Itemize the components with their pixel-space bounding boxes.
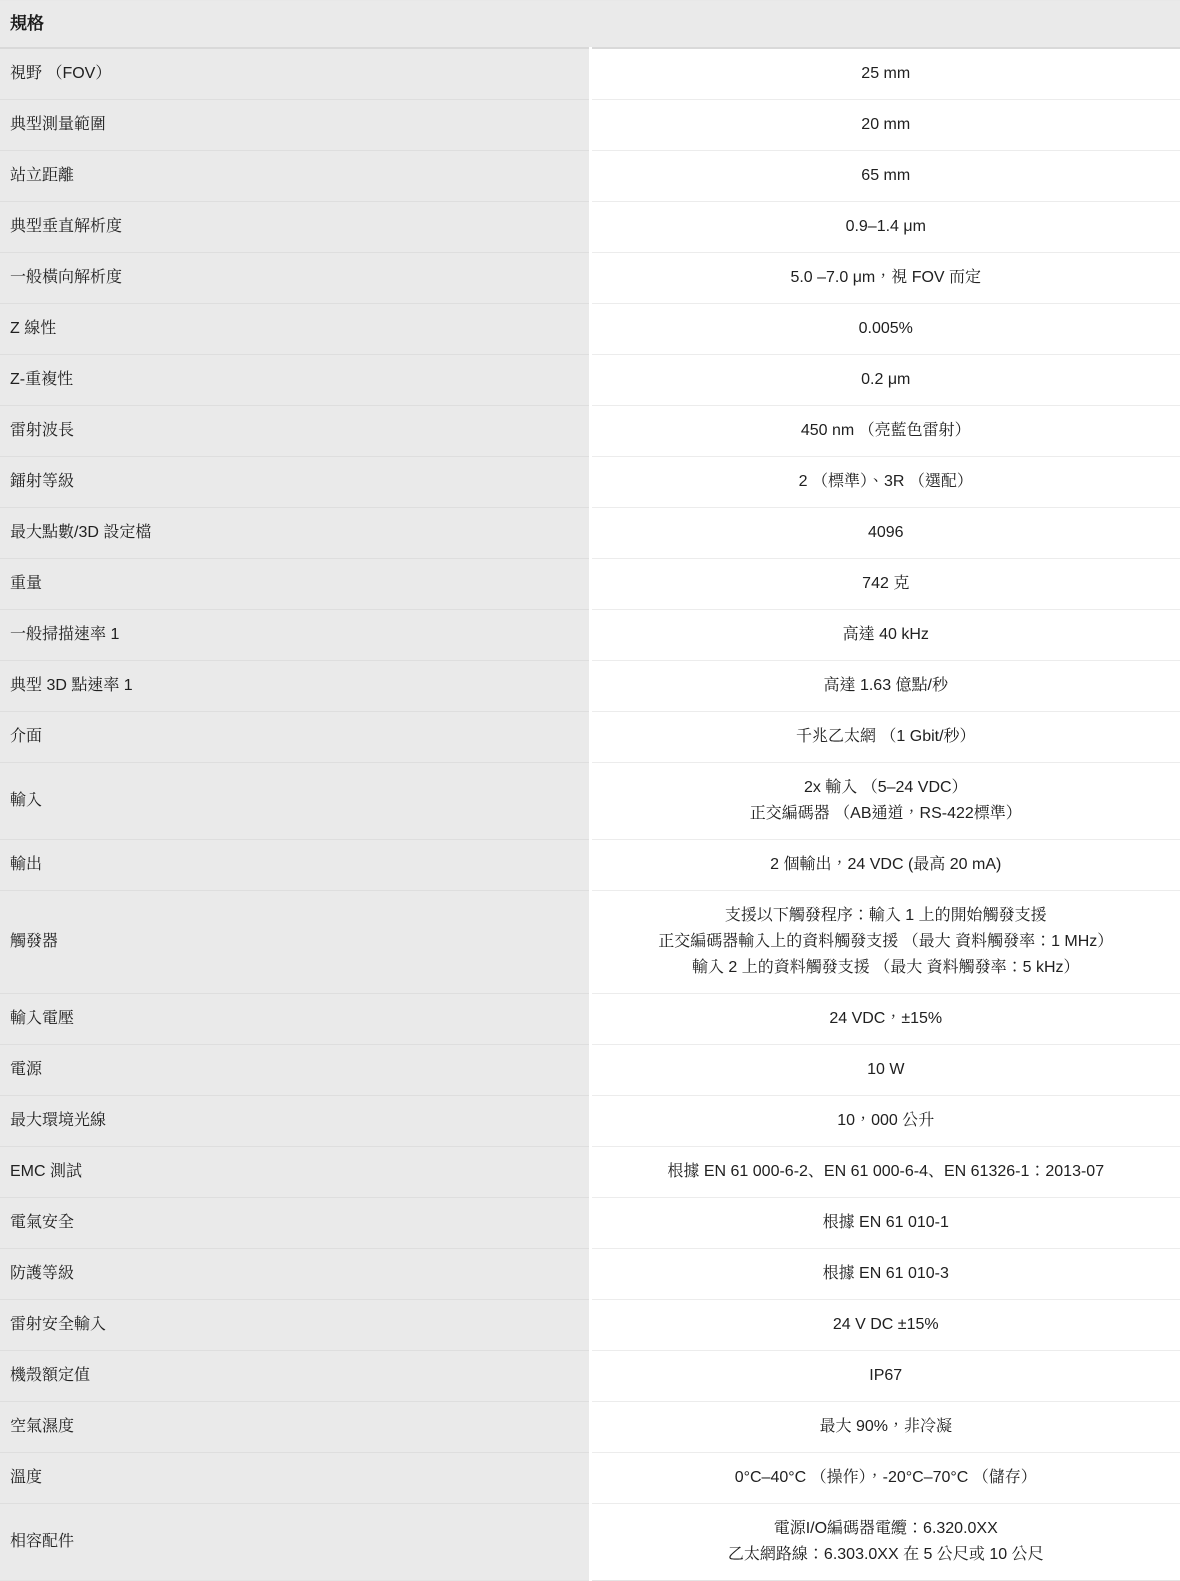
- spec-label: 一般橫向解析度: [0, 253, 590, 304]
- spec-value: 2x 輸入 （5–24 VDC） 正交編碼器 （AB通道，RS-422標準）: [590, 763, 1180, 840]
- table-row: 防護等級根據 EN 61 010-3: [0, 1249, 1180, 1300]
- spec-value: 支援以下觸發程序：輸入 1 上的開始觸發支援 正交編碼器輸入上的資料觸發支援 （…: [590, 891, 1180, 994]
- spec-value: 24 V DC ±15%: [590, 1300, 1180, 1351]
- spec-value: 25 mm: [590, 48, 1180, 100]
- table-row: 雷射安全輸入24 V DC ±15%: [0, 1300, 1180, 1351]
- spec-label: 輸入電壓: [0, 994, 590, 1045]
- spec-value: 高達 1.63 億點/秒: [590, 661, 1180, 712]
- table-row: 典型測量範圍20 mm: [0, 100, 1180, 151]
- spec-label: 典型 3D 點速率 1: [0, 661, 590, 712]
- table-row: EMC 測試根據 EN 61 000-6-2、EN 61 000-6-4、EN …: [0, 1147, 1180, 1198]
- spec-value: 千兆乙太網 （1 Gbit/秒）: [590, 712, 1180, 763]
- spec-value: 20 mm: [590, 100, 1180, 151]
- spec-page: 規格 視野 （FOV）25 mm 典型測量範圍20 mm 站立距離65 mm 典…: [0, 0, 1180, 1581]
- spec-label: 典型測量範圍: [0, 100, 590, 151]
- table-row: 一般掃描速率 1高達 40 kHz: [0, 610, 1180, 661]
- spec-label: 最大點數/3D 設定檔: [0, 508, 590, 559]
- spec-label: 鐳射等級: [0, 457, 590, 508]
- table-row: 雷射波長450 nm （亮藍色雷射）: [0, 406, 1180, 457]
- spec-value: 450 nm （亮藍色雷射）: [590, 406, 1180, 457]
- spec-value: 24 VDC，±15%: [590, 994, 1180, 1045]
- table-row: 視野 （FOV）25 mm: [0, 48, 1180, 100]
- spec-value: 2 個輸出，24 VDC (最高 20 mA): [590, 840, 1180, 891]
- spec-label: 最大環境光線: [0, 1096, 590, 1147]
- spec-label: 機殼額定值: [0, 1351, 590, 1402]
- spec-label: 防護等級: [0, 1249, 590, 1300]
- table-row: Z 線性0.005%: [0, 304, 1180, 355]
- spec-label: 輸入: [0, 763, 590, 840]
- spec-label: 站立距離: [0, 151, 590, 202]
- spec-value: 0.005%: [590, 304, 1180, 355]
- table-row: 電源10 W: [0, 1045, 1180, 1096]
- spec-label: 電氣安全: [0, 1198, 590, 1249]
- spec-label: 電源: [0, 1045, 590, 1096]
- table-row: 空氣濕度最大 90%，非冷凝: [0, 1402, 1180, 1453]
- spec-value: 電源I/O編碼器電纜：6.320.0XX 乙太網路線：6.303.0XX 在 5…: [590, 1504, 1180, 1581]
- table-row: 相容配件電源I/O編碼器電纜：6.320.0XX 乙太網路線：6.303.0XX…: [0, 1504, 1180, 1581]
- table-header-row: 規格: [0, 1, 1180, 49]
- spec-label: 溫度: [0, 1453, 590, 1504]
- spec-label: Z 線性: [0, 304, 590, 355]
- spec-value: 10，000 公升: [590, 1096, 1180, 1147]
- spec-value: IP67: [590, 1351, 1180, 1402]
- spec-value: 0.9–1.4 μm: [590, 202, 1180, 253]
- table-row: 最大環境光線10，000 公升: [0, 1096, 1180, 1147]
- spec-label: 典型垂直解析度: [0, 202, 590, 253]
- spec-label: 相容配件: [0, 1504, 590, 1581]
- spec-label: 重量: [0, 559, 590, 610]
- spec-value: 高達 40 kHz: [590, 610, 1180, 661]
- spec-label: EMC 測試: [0, 1147, 590, 1198]
- table-row: 機殼額定值IP67: [0, 1351, 1180, 1402]
- table-row: 觸發器支援以下觸發程序：輸入 1 上的開始觸發支援 正交編碼器輸入上的資料觸發支…: [0, 891, 1180, 994]
- spec-value: 10 W: [590, 1045, 1180, 1096]
- spec-label: 一般掃描速率 1: [0, 610, 590, 661]
- table-row: 輸入電壓24 VDC，±15%: [0, 994, 1180, 1045]
- spec-label: Z-重複性: [0, 355, 590, 406]
- spec-label: 觸發器: [0, 891, 590, 994]
- table-row: 重量742 克: [0, 559, 1180, 610]
- table-row: 介面千兆乙太網 （1 Gbit/秒）: [0, 712, 1180, 763]
- table-row: 最大點數/3D 設定檔4096: [0, 508, 1180, 559]
- spec-label: 輸出: [0, 840, 590, 891]
- spec-value: 65 mm: [590, 151, 1180, 202]
- spec-value: 2 （標準）、3R （選配）: [590, 457, 1180, 508]
- spec-value: 0.2 μm: [590, 355, 1180, 406]
- spec-table: 規格 視野 （FOV）25 mm 典型測量範圍20 mm 站立距離65 mm 典…: [0, 0, 1180, 1581]
- table-row: 溫度0°C–40°C （操作），-20°C–70°C （儲存）: [0, 1453, 1180, 1504]
- spec-value: 根據 EN 61 010-1: [590, 1198, 1180, 1249]
- spec-label: 介面: [0, 712, 590, 763]
- spec-value: 最大 90%，非冷凝: [590, 1402, 1180, 1453]
- table-row: 一般橫向解析度5.0 –7.0 μm，視 FOV 而定: [0, 253, 1180, 304]
- table-row: 典型 3D 點速率 1高達 1.63 億點/秒: [0, 661, 1180, 712]
- table-row: Z-重複性0.2 μm: [0, 355, 1180, 406]
- spec-label: 雷射安全輸入: [0, 1300, 590, 1351]
- spec-value: 742 克: [590, 559, 1180, 610]
- table-row: 典型垂直解析度0.9–1.4 μm: [0, 202, 1180, 253]
- spec-value: 0°C–40°C （操作），-20°C–70°C （儲存）: [590, 1453, 1180, 1504]
- spec-label: 視野 （FOV）: [0, 48, 590, 100]
- spec-label: 空氣濕度: [0, 1402, 590, 1453]
- table-title: 規格: [0, 1, 1180, 49]
- spec-value: 根據 EN 61 000-6-2、EN 61 000-6-4、EN 61326-…: [590, 1147, 1180, 1198]
- table-row: 站立距離65 mm: [0, 151, 1180, 202]
- spec-value: 4096: [590, 508, 1180, 559]
- spec-label: 雷射波長: [0, 406, 590, 457]
- table-row: 輸入2x 輸入 （5–24 VDC） 正交編碼器 （AB通道，RS-422標準）: [0, 763, 1180, 840]
- table-row: 鐳射等級2 （標準）、3R （選配）: [0, 457, 1180, 508]
- spec-value: 根據 EN 61 010-3: [590, 1249, 1180, 1300]
- table-row: 電氣安全根據 EN 61 010-1: [0, 1198, 1180, 1249]
- table-row: 輸出2 個輸出，24 VDC (最高 20 mA): [0, 840, 1180, 891]
- spec-value: 5.0 –7.0 μm，視 FOV 而定: [590, 253, 1180, 304]
